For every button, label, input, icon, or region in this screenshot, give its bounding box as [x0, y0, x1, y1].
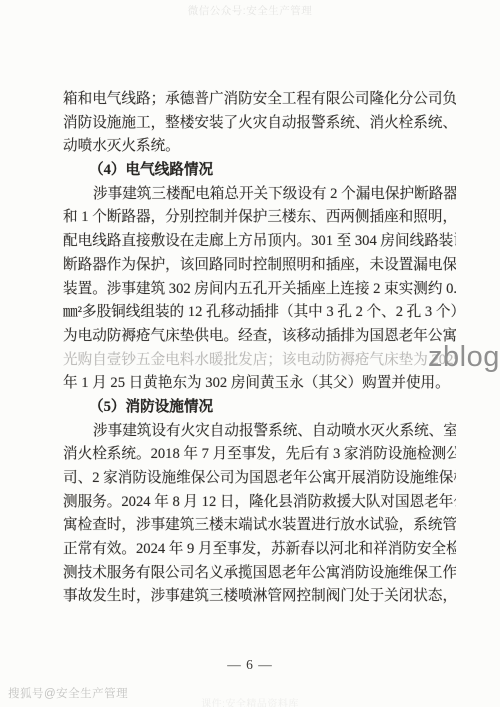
document-body: 箱和电气线路；承德普广消防安全工程有限公司隆化分公司负责消防设施施工，整楼安装了… [63, 88, 456, 609]
text-line: 涉事建筑设有火灾自动报警系统、自动喷水灭火系统、室内 [63, 420, 456, 444]
text-line: 寓检查时，涉事建筑三楼末端试水装置进行放水试验，系统管网 [63, 514, 456, 538]
text-line: 涉事建筑三楼配电箱总开关下级设有 2 个漏电保护断路器 [63, 183, 456, 207]
section-heading: （5）消防设施情况 [63, 396, 456, 420]
page-number: — 6 — [0, 657, 500, 673]
document-page: 微信公众号:安全生产管理 箱和电气线路；承德普广消防安全工程有限公司隆化分公司负… [0, 0, 500, 707]
top-watermark: 微信公众号:安全生产管理 [188, 3, 312, 18]
section-heading: （4）电气线路情况 [63, 159, 456, 183]
footer-center-watermark: 课件:安全精品资料库 [201, 695, 299, 707]
zblog-watermark: zblog [428, 341, 500, 374]
text-line: 动喷水灭火系统。 [63, 135, 456, 159]
text-line: 消防设施施工，整楼安装了火灾自动报警系统、消火栓系统、自 [63, 112, 456, 136]
text-line: 年 1 月 25 日黄艳东为 302 房间黄玉永（其父）购置并使用。 [63, 372, 456, 396]
text-line: 司、2 家消防设施维保公司为国恩老年公寓开展消防设施维保检 [63, 467, 456, 491]
text-line: 光购自壹钞五金电料水暖批发店；该电动防褥疮气床垫为 2025 [63, 349, 456, 373]
footer-left-watermark: 搜狐号@安全生产管理 [8, 685, 128, 701]
text-line: 箱和电气线路；承德普广消防安全工程有限公司隆化分公司负责 [63, 88, 456, 112]
text-line: 配电线路直接敷设在走廊上方吊顶内。301 至 304 房间线路装设 [63, 230, 456, 254]
text-line: 正常有效。2024 年 9 月至事发，苏新春以河北和祥消防安全检 [63, 538, 456, 562]
text-line: 为电动防褥疮气床垫供电。经查，该移动插排为国恩老年公寓杨 [63, 325, 456, 349]
text-line: 装置。涉事建筑 302 房间内五孔开关插座上连接 2 束实测约 0.75 [63, 278, 456, 302]
text-line: 测服务。2024 年 8 月 12 日，隆化县消防救援大队对国恩老年公 [63, 491, 456, 515]
text-line: 事故发生时，涉事建筑三楼喷淋管网控制阀门处于关闭状态，该 [63, 585, 456, 609]
text-line: 消火栓系统。2018 年 7 月至事发，先后有 3 家消防设施检测公 [63, 443, 456, 467]
text-line: 测技术服务有限公司名义承揽国恩老年公寓消防设施维保工作。 [63, 562, 456, 586]
text-line: ㎜²多股铜线组装的 12 孔移动插排（其中 3 孔 2 个、2 孔 3 个）， [63, 301, 456, 325]
text-line: 断路器作为保护，该回路同时控制照明和插座，未设置漏电保护 [63, 254, 456, 278]
text-line: 和 1 个断路器，分别控制并保护三楼东、西两侧插座和照明，其 [63, 206, 456, 230]
